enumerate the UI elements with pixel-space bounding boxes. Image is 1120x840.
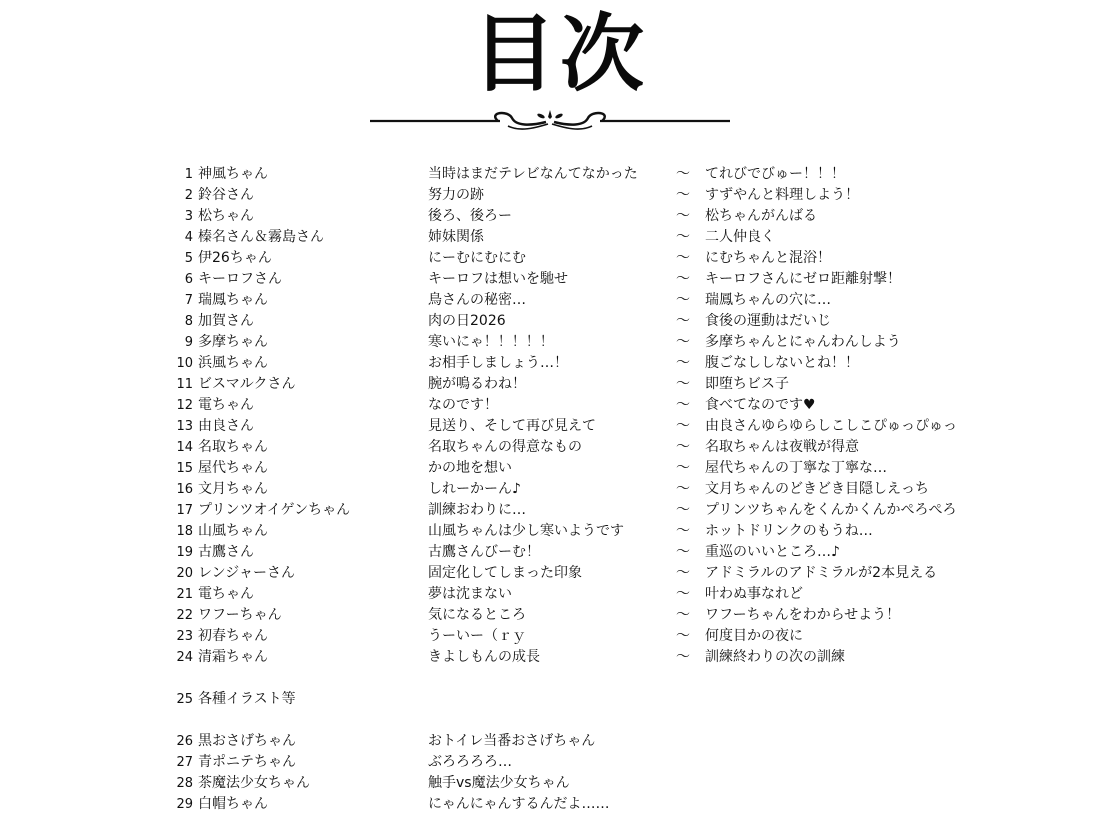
flourish-divider-icon [370, 106, 730, 136]
toc-entry[interactable]: 22ワフーちゃん気になるところ〜ワフーちゃんをわからせよう！ [0, 605, 1120, 626]
entry-subtitle: てれびでびゅー！！！ [705, 164, 845, 185]
wave-dash-separator: 〜 [676, 479, 690, 500]
entry-character: キーロフさん [198, 269, 282, 290]
entry-number: 13 [160, 416, 193, 437]
entry-character: 松ちゃん [198, 206, 254, 227]
entry-character: プリンツオイゲンちゃん [198, 500, 350, 521]
toc-entry[interactable]: 13由良さん見送り、そして再び見えて〜由良さんゆらゆらしこしこぴゅっぴゅっ [0, 416, 1120, 437]
toc-entry[interactable]: 5伊26ちゃんにーむにむにむ〜にむちゃんと混浴！ [0, 248, 1120, 269]
entry-subtitle: 由良さんゆらゆらしこしこぴゅっぴゅっ [705, 416, 957, 437]
entry-title: 見送り、そして再び見えて [428, 416, 596, 437]
toc-entry[interactable]: 7瑞鳳ちゃん鳥さんの秘密…〜瑞鳳ちゃんの穴に… [0, 290, 1120, 311]
entry-subtitle: キーロフさんにゼロ距離射撃！ [705, 269, 901, 290]
entry-title: 鳥さんの秘密… [428, 290, 526, 311]
entry-subtitle: アドミラルのアドミラルが2本見える [705, 563, 937, 584]
entry-number: 27 [160, 752, 193, 773]
entry-character: 山風ちゃん [198, 521, 268, 542]
entry-subtitle: 松ちゃんがんばる [705, 206, 817, 227]
wave-dash-separator: 〜 [676, 416, 690, 437]
entry-character: レンジャーさん [198, 563, 295, 584]
entry-number: 18 [160, 521, 193, 542]
toc-section-heading[interactable]: 25各種イラスト等 [0, 689, 1120, 710]
entry-number: 6 [160, 269, 193, 290]
entry-character: 清霜ちゃん [198, 647, 268, 668]
wave-dash-separator: 〜 [676, 521, 690, 542]
entry-number: 8 [160, 311, 193, 332]
entry-number: 19 [160, 542, 193, 563]
toc-entry[interactable]: 3松ちゃん後ろ、後ろー〜松ちゃんがんばる [0, 206, 1120, 227]
wave-dash-separator: 〜 [676, 458, 690, 479]
entry-title: 肉の日2026 [428, 311, 506, 332]
entry-subtitle: 名取ちゃんは夜戦が得意 [705, 437, 859, 458]
entry-character: 名取ちゃん [198, 437, 268, 458]
entry-number: 2 [160, 185, 193, 206]
entry-title: 山風ちゃんは少し寒いようです [428, 521, 624, 542]
toc-entry[interactable]: 1神風ちゃん当時はまだテレビなんてなかった〜てれびでびゅー！！！ [0, 164, 1120, 185]
entry-number: 17 [160, 500, 193, 521]
wave-dash-separator: 〜 [676, 332, 690, 353]
toc-entry[interactable]: 6キーロフさんキーロフは想いを馳せ〜キーロフさんにゼロ距離射撃！ [0, 269, 1120, 290]
entry-character: 加賀さん [198, 311, 254, 332]
entry-number: 12 [160, 395, 193, 416]
entry-subtitle: 瑞鳳ちゃんの穴に… [705, 290, 831, 311]
entry-number: 23 [160, 626, 193, 647]
wave-dash-separator: 〜 [676, 563, 690, 584]
wave-dash-separator: 〜 [676, 227, 690, 248]
entry-title: にゃんにゃんするんだよ…… [428, 794, 609, 815]
toc-entry[interactable]: 20レンジャーさん固定化してしまった印象〜アドミラルのアドミラルが2本見える [0, 563, 1120, 584]
entry-title: お相手しましょう…！ [428, 353, 568, 374]
toc-entry[interactable]: 19古鷹さん古鷹さんびーむ！〜重巡のいいところ…♪ [0, 542, 1120, 563]
entry-number: 9 [160, 332, 193, 353]
entry-title: にーむにむにむ [428, 248, 526, 269]
entry-character: 伊26ちゃん [198, 248, 272, 269]
wave-dash-separator: 〜 [676, 605, 690, 626]
entry-title: 固定化してしまった印象 [428, 563, 582, 584]
entry-number: 25 [160, 689, 193, 710]
entry-number: 7 [160, 290, 193, 311]
toc-entry[interactable]: 12電ちゃんなのです！〜食べてなのです♥ [0, 395, 1120, 416]
entry-subtitle: 食後の運動はだいじ [705, 311, 831, 332]
entry-title: 姉妹関係 [428, 227, 484, 248]
wave-dash-separator: 〜 [676, 353, 690, 374]
entry-number: 20 [160, 563, 193, 584]
wave-dash-separator: 〜 [676, 269, 690, 290]
entry-title: 腕が鳴るわね！ [428, 374, 526, 395]
toc-entry[interactable]: 4榛名さん＆霧島さん姉妹関係〜二人仲良く [0, 227, 1120, 248]
toc-entry[interactable]: 15屋代ちゃんかの地を想い〜屋代ちゃんの丁寧な丁寧な… [0, 458, 1120, 479]
toc-entry[interactable]: 23初春ちゃんうーいー（ｒｙ〜何度目かの夜に [0, 626, 1120, 647]
entry-character: 神風ちゃん [198, 164, 268, 185]
wave-dash-separator: 〜 [676, 437, 690, 458]
toc-entry[interactable]: 16文月ちゃんしれーかーん♪〜文月ちゃんのどきどき目隠しえっち [0, 479, 1120, 500]
entry-character: 青ポニテちゃん [198, 752, 296, 773]
entry-title: 名取ちゃんの得意なもの [428, 437, 582, 458]
entry-character: 電ちゃん [198, 584, 254, 605]
entry-number: 28 [160, 773, 193, 794]
entry-character: 由良さん [198, 416, 254, 437]
entry-character: 白帽ちゃん [198, 794, 268, 815]
entry-title: しれーかーん♪ [428, 479, 521, 500]
entry-character: 電ちゃん [198, 395, 254, 416]
toc-extra-entry[interactable]: 28茶魔法少女ちゃん触手vs魔法少女ちゃん [0, 773, 1120, 794]
toc-entry[interactable]: 11ビスマルクさん腕が鳴るわね！〜即堕ちビス子 [0, 374, 1120, 395]
entry-number: 22 [160, 605, 193, 626]
wave-dash-separator: 〜 [676, 584, 690, 605]
wave-dash-separator: 〜 [676, 164, 690, 185]
entry-character: ワフーちゃん [198, 605, 282, 626]
entry-number: 1 [160, 164, 193, 185]
entry-subtitle: 即堕ちビス子 [705, 374, 789, 395]
entry-title: きよしもんの成長 [428, 647, 540, 668]
entry-number: 5 [160, 248, 193, 269]
entry-character: 古鷹さん [198, 542, 254, 563]
section-title: 各種イラスト等 [198, 689, 296, 710]
entry-character: 瑞鳳ちゃん [198, 290, 268, 311]
entry-subtitle: 屋代ちゃんの丁寧な丁寧な… [705, 458, 887, 479]
entry-number: 3 [160, 206, 193, 227]
entry-number: 29 [160, 794, 193, 815]
wave-dash-separator: 〜 [676, 248, 690, 269]
wave-dash-separator: 〜 [676, 542, 690, 563]
wave-dash-separator: 〜 [676, 395, 690, 416]
entry-title: おトイレ当番おさげちゃん [428, 731, 595, 752]
entry-subtitle: 腹ごなししないとね！！ [705, 353, 859, 374]
entry-title: 努力の跡 [428, 185, 484, 206]
wave-dash-separator: 〜 [676, 311, 690, 332]
entry-subtitle: 叶わぬ事なれど [705, 584, 803, 605]
entry-number: 26 [160, 731, 193, 752]
wave-dash-separator: 〜 [676, 290, 690, 311]
toc-entry[interactable]: 14名取ちゃん名取ちゃんの得意なもの〜名取ちゃんは夜戦が得意 [0, 437, 1120, 458]
entry-title: うーいー（ｒｙ [428, 626, 526, 647]
entry-character: 屋代ちゃん [198, 458, 268, 479]
wave-dash-separator: 〜 [676, 500, 690, 521]
entry-subtitle: すずやんと料理しよう！ [705, 185, 859, 206]
wave-dash-separator: 〜 [676, 206, 690, 227]
toc-extra-entry[interactable]: 26黒おさげちゃんおトイレ当番おさげちゃん [0, 731, 1120, 752]
entry-number: 16 [160, 479, 193, 500]
entry-number: 14 [160, 437, 193, 458]
entry-subtitle: 食べてなのです♥ [705, 395, 816, 416]
entry-number: 11 [160, 374, 193, 395]
entry-character: 榛名さん＆霧島さん [198, 227, 324, 248]
entry-character: 黒おさげちゃん [198, 731, 296, 752]
entry-subtitle: 訓練終わりの次の訓練 [705, 647, 845, 668]
entry-title: 古鷹さんびーむ！ [428, 542, 540, 563]
entry-number: 24 [160, 647, 193, 668]
entry-subtitle: ホットドリンクのもうね… [705, 521, 873, 542]
entry-subtitle: 文月ちゃんのどきどき目隠しえっち [705, 479, 929, 500]
entry-character: 文月ちゃん [198, 479, 268, 500]
wave-dash-separator: 〜 [676, 626, 690, 647]
toc-extra-entry[interactable]: 29白帽ちゃんにゃんにゃんするんだよ…… [0, 794, 1120, 815]
entry-title: 訓練おわりに… [428, 500, 526, 521]
entry-title: キーロフは想いを馳せ [428, 269, 568, 290]
wave-dash-separator: 〜 [676, 185, 690, 206]
entry-title: 当時はまだテレビなんてなかった [428, 164, 638, 185]
entry-title: 寒いにゃ！！！！！ [428, 332, 554, 353]
entry-number: 21 [160, 584, 193, 605]
toc-entry[interactable]: 17プリンツオイゲンちゃん訓練おわりに…〜プリンツちゃんをくんかくんかぺろぺろ [0, 500, 1120, 521]
entry-subtitle: 二人仲良く [705, 227, 775, 248]
entry-character: 鈴谷さん [198, 185, 254, 206]
entry-character: 初春ちゃん [198, 626, 268, 647]
toc-extra-entry[interactable]: 27青ポニテちゃんぶろろろろ… [0, 752, 1120, 773]
entry-title: 夢は沈まない [428, 584, 512, 605]
toc-entry[interactable]: 9多摩ちゃん寒いにゃ！！！！！〜多摩ちゃんとにゃんわんしよう [0, 332, 1120, 353]
entry-title: 気になるところ [428, 605, 526, 626]
entry-character: 茶魔法少女ちゃん [198, 773, 310, 794]
entry-number: 15 [160, 458, 193, 479]
toc-entry[interactable]: 24清霜ちゃんきよしもんの成長〜訓練終わりの次の訓練 [0, 647, 1120, 668]
entry-subtitle: ワフーちゃんをわからせよう！ [705, 605, 900, 626]
table-of-contents: 1神風ちゃん当時はまだテレビなんてなかった〜てれびでびゅー！！！ 2鈴谷さん努力… [0, 164, 1120, 815]
entry-title: 触手vs魔法少女ちゃん [428, 773, 570, 794]
entry-title: ぶろろろろ… [428, 752, 512, 773]
entry-title: かの地を想い [428, 458, 512, 479]
toc-entry[interactable]: 10浜風ちゃんお相手しましょう…！〜腹ごなししないとね！！ [0, 353, 1120, 374]
entry-number: 4 [160, 227, 193, 248]
entry-subtitle: プリンツちゃんをくんかくんかぺろぺろ [705, 500, 956, 521]
entry-subtitle: 多摩ちゃんとにゃんわんしよう [705, 332, 901, 353]
entry-subtitle: にむちゃんと混浴！ [705, 248, 831, 269]
entry-character: 多摩ちゃん [198, 332, 268, 353]
toc-entry[interactable]: 18山風ちゃん山風ちゃんは少し寒いようです〜ホットドリンクのもうね… [0, 521, 1120, 542]
entry-number: 10 [160, 353, 193, 374]
entry-character: ビスマルクさん [198, 374, 295, 395]
entry-character: 浜風ちゃん [198, 353, 268, 374]
page-title: 目次 [0, 4, 1120, 104]
toc-entry[interactable]: 8加賀さん肉の日2026〜食後の運動はだいじ [0, 311, 1120, 332]
wave-dash-separator: 〜 [676, 374, 690, 395]
wave-dash-separator: 〜 [676, 647, 690, 668]
toc-entry[interactable]: 2鈴谷さん努力の跡〜すずやんと料理しよう！ [0, 185, 1120, 206]
entry-title: なのです！ [428, 395, 498, 416]
entry-subtitle: 重巡のいいところ…♪ [705, 542, 840, 563]
entry-title: 後ろ、後ろー [428, 206, 512, 227]
entry-subtitle: 何度目かの夜に [705, 626, 803, 647]
toc-entry[interactable]: 21電ちゃん夢は沈まない〜叶わぬ事なれど [0, 584, 1120, 605]
